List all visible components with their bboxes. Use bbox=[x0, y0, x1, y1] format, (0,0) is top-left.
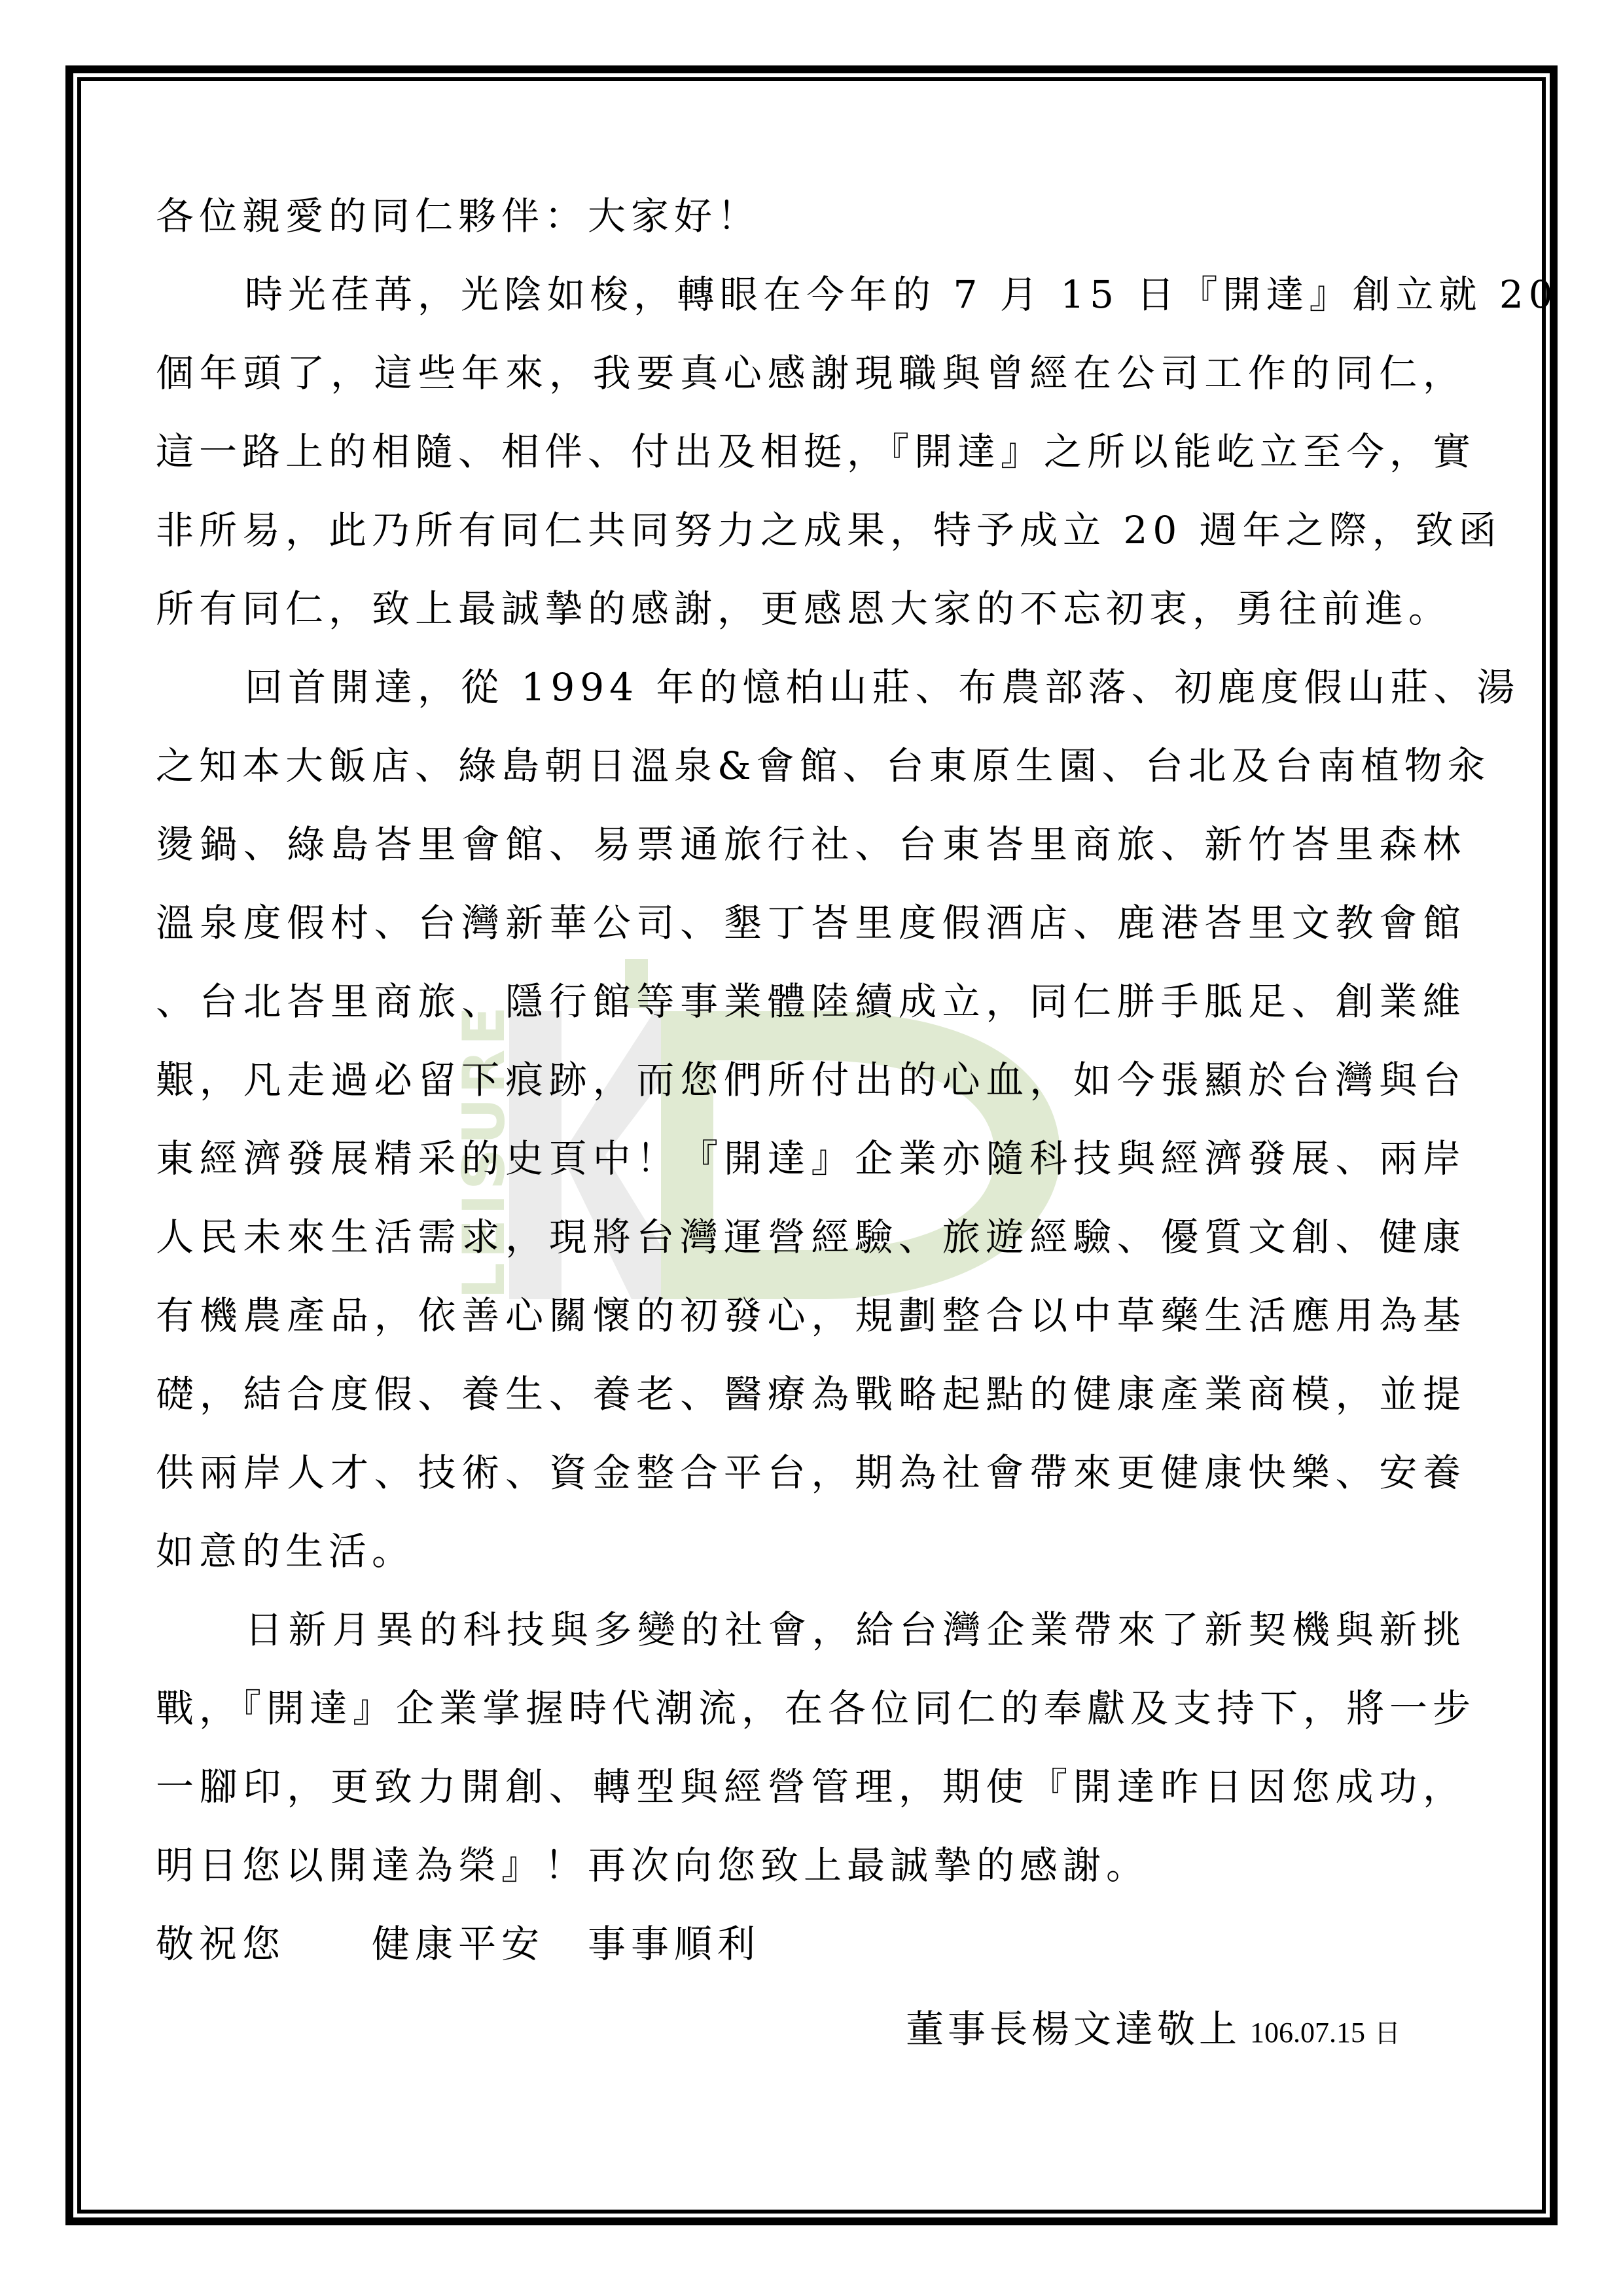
paragraph-2: 回首開達，從 1994 年的憶柏山莊、布農部落、初鹿度假山莊、湯 之知本大飯店、… bbox=[156, 648, 1466, 1590]
paragraph-3: 日新月異的科技與多變的社會，給台灣企業帶來了新契機與新挑 戰，『開達』企業掌握時… bbox=[156, 1590, 1466, 1905]
letter-body: 各位親愛的同仁夥伴：大家好！ 時光荏苒，光陰如梭，轉眼在今年的 7 月 15 日… bbox=[156, 177, 1466, 2075]
paragraph-line: 礎，結合度假、養生、養老、醫療為戰略起點的健康產業商模，並提 bbox=[156, 1355, 1466, 1433]
paragraph-line: 有機農產品，依善心關懷的初發心，規劃整合以中草藥生活應用為基 bbox=[156, 1276, 1466, 1355]
salutation: 各位親愛的同仁夥伴：大家好！ bbox=[156, 177, 1466, 255]
paragraph-line: 非所易，此乃所有同仁共同努力之成果，特予成立 20 週年之際，致函 bbox=[156, 491, 1466, 569]
signature-date: 106.07.15 bbox=[1250, 2017, 1365, 2049]
paragraph-line: 供兩岸人才、技術、資金整合平台，期為社會帶來更健康快樂、安養 bbox=[156, 1433, 1466, 1512]
closing-phrase: 敬祝您 bbox=[156, 1905, 372, 1983]
paragraph-line: 人民未來生活需求，現將台灣運營經驗、旅遊經驗、優質文創、健康 bbox=[156, 1198, 1466, 1276]
closing-wishes: 敬祝您健康平安事事順利 bbox=[156, 1905, 1466, 1983]
paragraph-line: 回首開達，從 1994 年的憶柏山莊、布農部落、初鹿度假山莊、湯 bbox=[156, 648, 1466, 726]
paragraph-line: 之知本大飯店、綠島朝日溫泉&會館、台東原生園、台北及台南植物汆 bbox=[156, 726, 1466, 805]
paragraph-line: 這一路上的相隨、相伴、付出及相挺，『開達』之所以能屹立至今，實 bbox=[156, 412, 1466, 491]
paragraph-line: 戰，『開達』企業掌握時代潮流，在各位同仁的奉獻及支持下，將一步 bbox=[156, 1669, 1466, 1748]
paragraph-line: 、台北峇里商旅、隱行館等事業體陸續成立，同仁胼手胝足、創業維 bbox=[156, 962, 1466, 1041]
paragraph-line: 東經濟發展精采的史頁中！『開達』企業亦隨科技與經濟發展、兩岸 bbox=[156, 1119, 1466, 1198]
paragraph-line: 如意的生活。 bbox=[156, 1512, 1466, 1590]
signature-block: 董事長楊文達敬上106.07.15日 bbox=[156, 1983, 1466, 2075]
paragraph-1: 時光荏苒，光陰如梭，轉眼在今年的 7 月 15 日『開達』創立就 20 個年頭了… bbox=[156, 255, 1466, 648]
paragraph-line: 時光荏苒，光陰如梭，轉眼在今年的 7 月 15 日『開達』創立就 20 bbox=[156, 255, 1466, 334]
signer-name: 董事長楊文達敬上 bbox=[906, 2007, 1241, 2051]
closing-wish-success: 事事順利 bbox=[588, 1905, 760, 1983]
paragraph-line: 日新月異的科技與多變的社會，給台灣企業帶來了新契機與新挑 bbox=[156, 1590, 1466, 1669]
paragraph-line: 溫泉度假村、台灣新華公司、墾丁峇里度假酒店、鹿港峇里文教會館 bbox=[156, 884, 1466, 962]
paragraph-line: 個年頭了，這些年來，我要真心感謝現職與曾經在公司工作的同仁， bbox=[156, 334, 1466, 412]
paragraph-line: 燙鍋、綠島峇里會館、易票通旅行社、台東峇里商旅、新竹峇里森林 bbox=[156, 805, 1466, 884]
paragraph-line: 一腳印，更致力開創、轉型與經營管理，期使『開達昨日因您成功， bbox=[156, 1748, 1466, 1826]
paragraph-line: 艱，凡走過必留下痕跡，而您們所付出的心血，如今張顯於台灣與台 bbox=[156, 1041, 1466, 1119]
signature-day-suffix: 日 bbox=[1374, 2018, 1400, 2049]
paragraph-line: 明日您以開達為榮』！再次向您致上最誠摯的感謝。 bbox=[156, 1826, 1466, 1905]
paragraph-line: 所有同仁，致上最誠摯的感謝，更感恩大家的不忘初衷，勇往前進。 bbox=[156, 569, 1466, 648]
closing-wish-health: 健康平安 bbox=[372, 1905, 588, 1983]
